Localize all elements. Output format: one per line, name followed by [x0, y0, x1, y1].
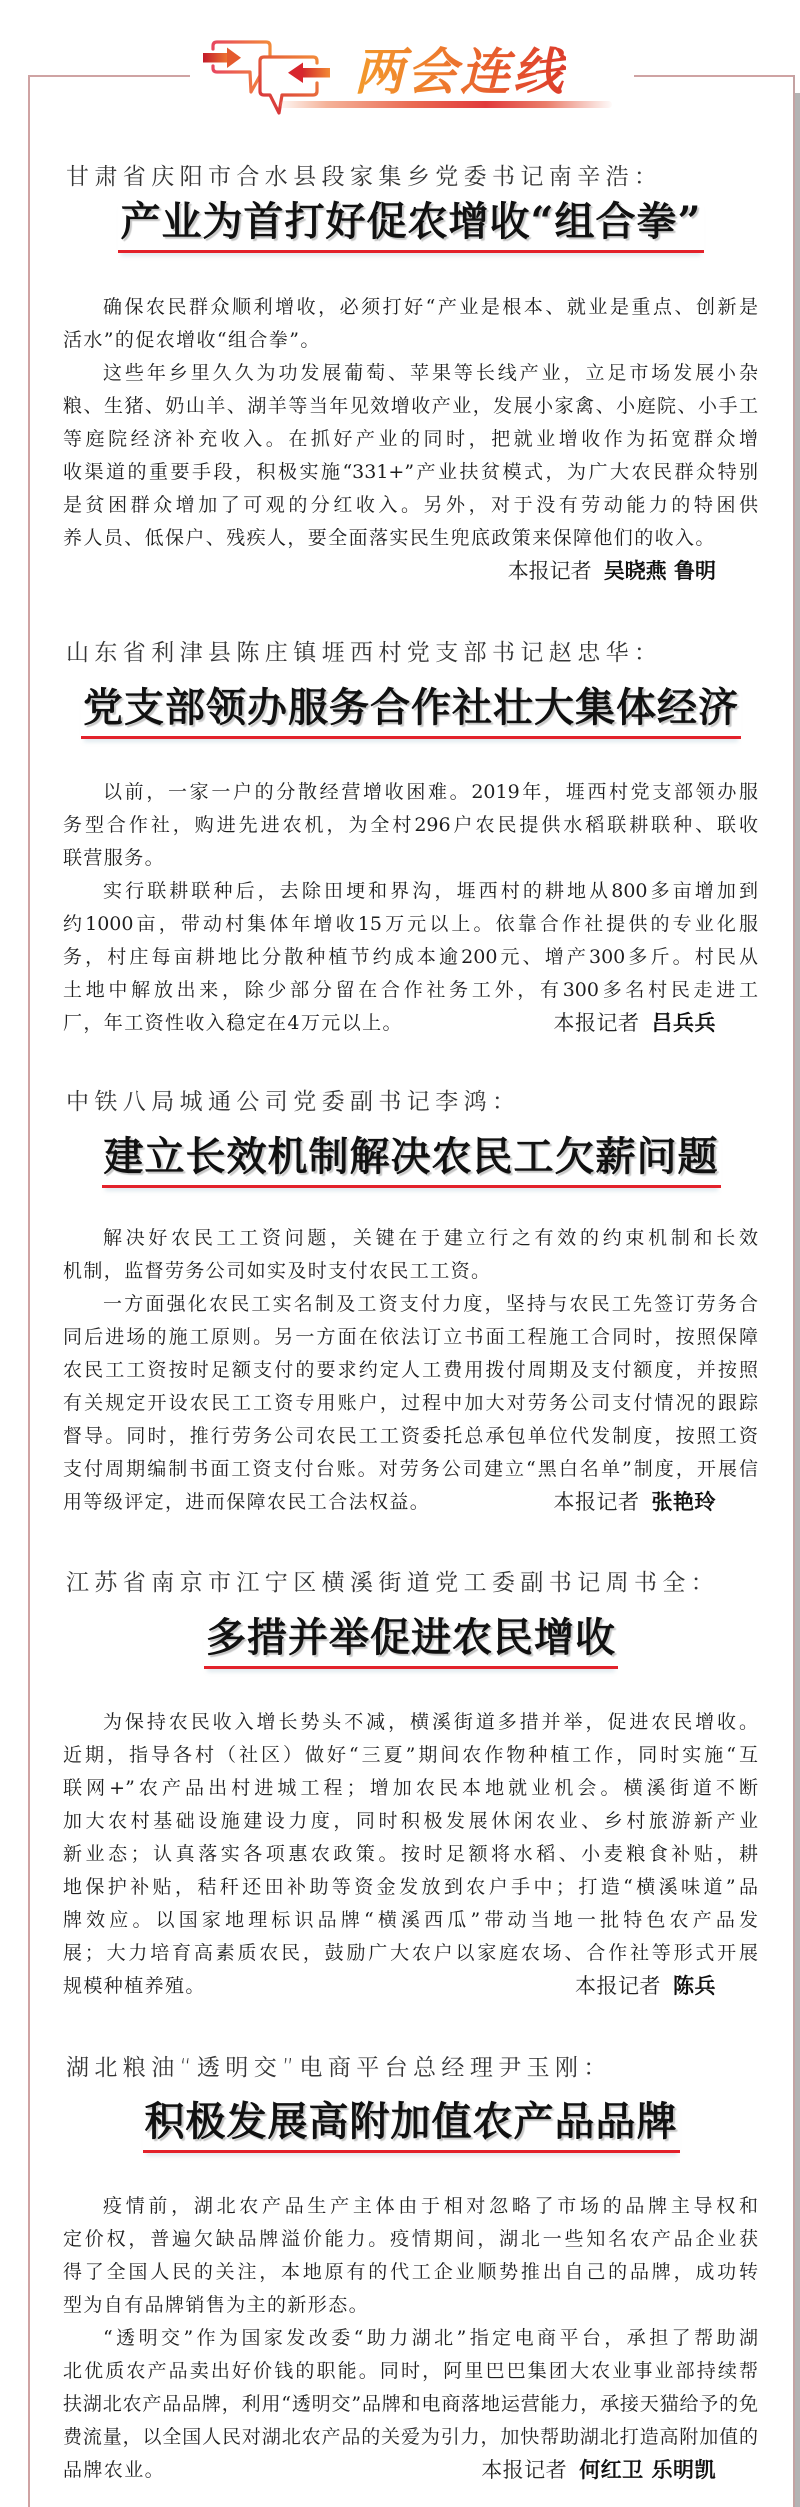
body-line: 扶湖北农产品品牌，利用“透明交”品牌和电商落地运营能力，承接天猫给予的免 — [63, 2388, 758, 2421]
body-line: 疫情前，湖北农产品生产主体由于相对忽略了市场的品牌主导权和 — [63, 2190, 758, 2223]
body-line: 粮、生猪、奶山羊、湖羊等当年见效增收产业，发展小家禽、小庭院、小手工 — [63, 390, 758, 423]
article-body: 以前，一家一户的分散经营增收困难。2019年，堐西村党支部领办服 务型合作社，购… — [63, 776, 758, 1040]
body-line: 展；大力培育高素质农民，鼓励广大农户以家庭农场、合作社等形式开展 — [63, 1937, 758, 1970]
article-body: 疫情前，湖北农产品生产主体由于相对忽略了市场的品牌主导权和 定价权，普遍欠缺品牌… — [63, 2190, 758, 2487]
body-line: 地保护补贴，秸秆还田补助等资金发放到农户手中；打造“横溪味道”品 — [63, 1871, 758, 1904]
title-gradient-bar — [280, 101, 612, 108]
section-title: 两会连线 — [354, 44, 566, 100]
headline-container: 产业为首打好促农增收“组合拳” — [28, 200, 794, 253]
body-line: 定价权，普遍欠缺品牌溢价能力。疫情期间，湖北一些知名农产品企业获 — [63, 2223, 758, 2256]
body-line: 这些年乡里久久为功发展葡萄、苹果等长线产业，立足市场发展小杂 — [63, 357, 758, 390]
body-line: 为保持农民收入增长势头不减，横溪街道多措并举，促进农民增收。 — [63, 1706, 758, 1739]
body-line-with-byline: 厂，年工资性收入稳定在4万元以上。 本报记者吕兵兵 — [63, 1007, 758, 1040]
body-line: 联网+”农产品出村进城工程；增加农民本地就业机会。横溪街道不断 — [63, 1772, 758, 1805]
body-line: 加大农村基础设施建设力度，同时积极发展休闲农业、乡村旅游新产业 — [63, 1805, 758, 1838]
body-line: 型为自有品牌销售为主的新形态。 — [63, 2289, 758, 2322]
body-line: 联营服务。 — [63, 842, 758, 875]
body-line: 得了全国人民的关注，本地原有的代工企业顺势推出自己的品牌，成功转 — [63, 2256, 758, 2289]
body-line: 近期，指导各村（社区）做好“三夏”期间农作物种植工作，同时实施“互 — [63, 1739, 758, 1772]
speaker-line: 中铁八局城通公司党委副书记李鸿： — [66, 1086, 520, 1118]
speaker-line: 湖北粮油“透明交”电商平台总经理尹玉刚： — [66, 2052, 612, 2084]
body-line: 一方面强化农民工实名制及工资支付力度，坚持与农民工先签订劳务合 — [63, 1288, 758, 1321]
body-line: 督导。同时，推行劳务公司农民工工资委托总承包单位代发制度，按照工资 — [63, 1420, 758, 1453]
body-line: 机制，监督劳务公司如实及时支付农民工工资。 — [63, 1255, 758, 1288]
frame-top-border-left — [28, 75, 190, 77]
body-line: 费流量，以全国人民对湖北农产品的关爱为引力，加快帮助湖北打造高附加值的 — [63, 2421, 758, 2454]
headline: 多措并举促进农民增收 — [204, 1616, 618, 1669]
frame-top-border-right — [634, 75, 795, 77]
body-line: 是贫困群众增加了可观的分红收入。另外，对于没有劳动能力的特困供 — [63, 489, 758, 522]
headline-container: 建立长效机制解决农民工欠薪问题 — [28, 1135, 794, 1188]
byline-names: 吕兵兵 — [652, 1011, 717, 1035]
body-line: 以前，一家一户的分散经营增收困难。2019年，堐西村党支部领办服 — [63, 776, 758, 809]
speaker-line: 江苏省南京市江宁区横溪街道党工委副书记周书全： — [66, 1567, 719, 1599]
byline: 本报记者陈兵 — [575, 1970, 716, 2003]
body-line: 务，村庄每亩耕地比分散种植节约成本逾200元、增产300多斤。村民从 — [63, 941, 758, 974]
byline-names: 何红卫 乐明凯 — [579, 2458, 716, 2482]
frame-drop-shadow — [795, 93, 800, 2507]
body-line: 收渠道的重要手段，积极实施“331+”产业扶贫模式，为广大农民群众特别 — [63, 456, 758, 489]
body-line: 解决好农民工工资问题，关键在于建立行之有效的约束机制和长效 — [63, 1222, 758, 1255]
body-line: 实行联耕联种后，去除田埂和界沟，堐西村的耕地从800多亩增加到 — [63, 875, 758, 908]
body-line-text: 品牌农业。 — [63, 2459, 165, 2481]
body-line: 新业态；认真落实各项惠农政策。按时足额将水稻、小麦粮食补贴，耕 — [63, 1838, 758, 1871]
speaker-line: 山东省利津县陈庄镇堐西村党支部书记赵忠华： — [66, 637, 662, 669]
headline: 产业为首打好促农增收“组合拳” — [118, 200, 703, 253]
headline: 积极发展高附加值农产品品牌 — [143, 2100, 680, 2153]
speaker-line: 甘肃省庆阳市合水县段家集乡党委书记南辛浩： — [66, 161, 662, 193]
body-line: 土地中解放出来，除少部分留在合作社务工外，有300多名村民走进工 — [63, 974, 758, 1007]
body-line: 支付周期编制书面工资支付台账。对劳务公司建立“黑白名单”制度，开展信 — [63, 1453, 758, 1486]
body-line: 北优质农产品卖出好价钱的职能。同时，阿里巴巴集团大农业事业部持续帮 — [63, 2355, 758, 2388]
byline: 本报记者吴晓燕 鲁明 — [63, 555, 758, 588]
byline: 本报记者何红卫 乐明凯 — [481, 2454, 716, 2487]
headline-container: 党支部领办服务合作社壮大集体经济 — [28, 686, 794, 739]
newspaper-page: 两会连线 甘肃省庆阳市合水县段家集乡党委书记南辛浩： 产业为首打好促农增收“组合… — [0, 0, 800, 2507]
article-body: 确保农民群众顺利增收，必须打好“产业是根本、就业是重点、创新是 活水”的促农增收… — [63, 291, 758, 588]
body-line-text: 用等级评定，进而保障农民工合法权益。 — [63, 1491, 430, 1513]
byline-label: 本报记者 — [554, 1490, 640, 1514]
body-line: “透明交”作为国家发改委“助力湖北”指定电商平台，承担了帮助湖 — [63, 2322, 758, 2355]
body-line-text: 规模种植养殖。 — [63, 1975, 206, 1997]
body-line-with-byline: 品牌农业。 本报记者何红卫 乐明凯 — [63, 2454, 758, 2487]
byline-label: 本报记者 — [508, 559, 592, 583]
body-line: 等庭院经济补充收入。在抓好产业的同时，把就业增收作为拓宽群众增 — [63, 423, 758, 456]
article-body: 为保持农民收入增长势头不减，横溪街道多措并举，促进农民增收。 近期，指导各村（社… — [63, 1706, 758, 2003]
body-line: 农民工工资按时足额支付的要求约定人工费用拨付周期及支付额度，并按照 — [63, 1354, 758, 1387]
byline-names: 张艳玲 — [652, 1490, 717, 1514]
body-line: 约1000亩，带动村集体年增收15万元以上。依靠合作社提供的专业化服 — [63, 908, 758, 941]
body-line: 有关规定开设农民工工资专用账户，过程中加大对劳务公司支付情况的跟踪 — [63, 1387, 758, 1420]
body-line-with-byline: 用等级评定，进而保障农民工合法权益。 本报记者张艳玲 — [63, 1486, 758, 1519]
byline-names: 陈兵 — [673, 1974, 716, 1998]
byline: 本报记者吕兵兵 — [554, 1007, 717, 1040]
body-line: 牌效应。以国家地理标识品牌“横溪西瓜”带动当地一批特色农产品发 — [63, 1904, 758, 1937]
byline-names: 吴晓燕 鲁明 — [604, 559, 716, 583]
body-line: 养人员、低保户、残疾人，要全面落实民生兜底政策来保障他们的收入。 — [63, 522, 758, 555]
byline-label: 本报记者 — [554, 1011, 640, 1035]
byline-label: 本报记者 — [575, 1974, 661, 1998]
headline: 建立长效机制解决农民工欠薪问题 — [102, 1135, 721, 1188]
body-line: 同后进场的施工原则。另一方面在依法订立书面工程施工合同时，按照保障 — [63, 1321, 758, 1354]
body-line: 活水”的促农增收“组合拳”。 — [63, 324, 758, 357]
body-line-with-byline: 规模种植养殖。 本报记者陈兵 — [63, 1970, 758, 2003]
byline: 本报记者张艳玲 — [554, 1486, 717, 1519]
headline-container: 多措并举促进农民增收 — [28, 1616, 794, 1669]
article-body: 解决好农民工工资问题，关键在于建立行之有效的约束机制和长效 机制，监督劳务公司如… — [63, 1222, 758, 1519]
body-line: 务型合作社，购进先进农机，为全村296户农民提供水稻联耕联种、联收 — [63, 809, 758, 842]
body-line: 确保农民群众顺利增收，必须打好“产业是根本、就业是重点、创新是 — [63, 291, 758, 324]
body-line-text: 厂，年工资性收入稳定在4万元以上。 — [63, 1012, 403, 1034]
headline-container: 积极发展高附加值农产品品牌 — [28, 2100, 794, 2153]
byline-label: 本报记者 — [481, 2458, 567, 2482]
headline: 党支部领办服务合作社壮大集体经济 — [81, 686, 741, 739]
